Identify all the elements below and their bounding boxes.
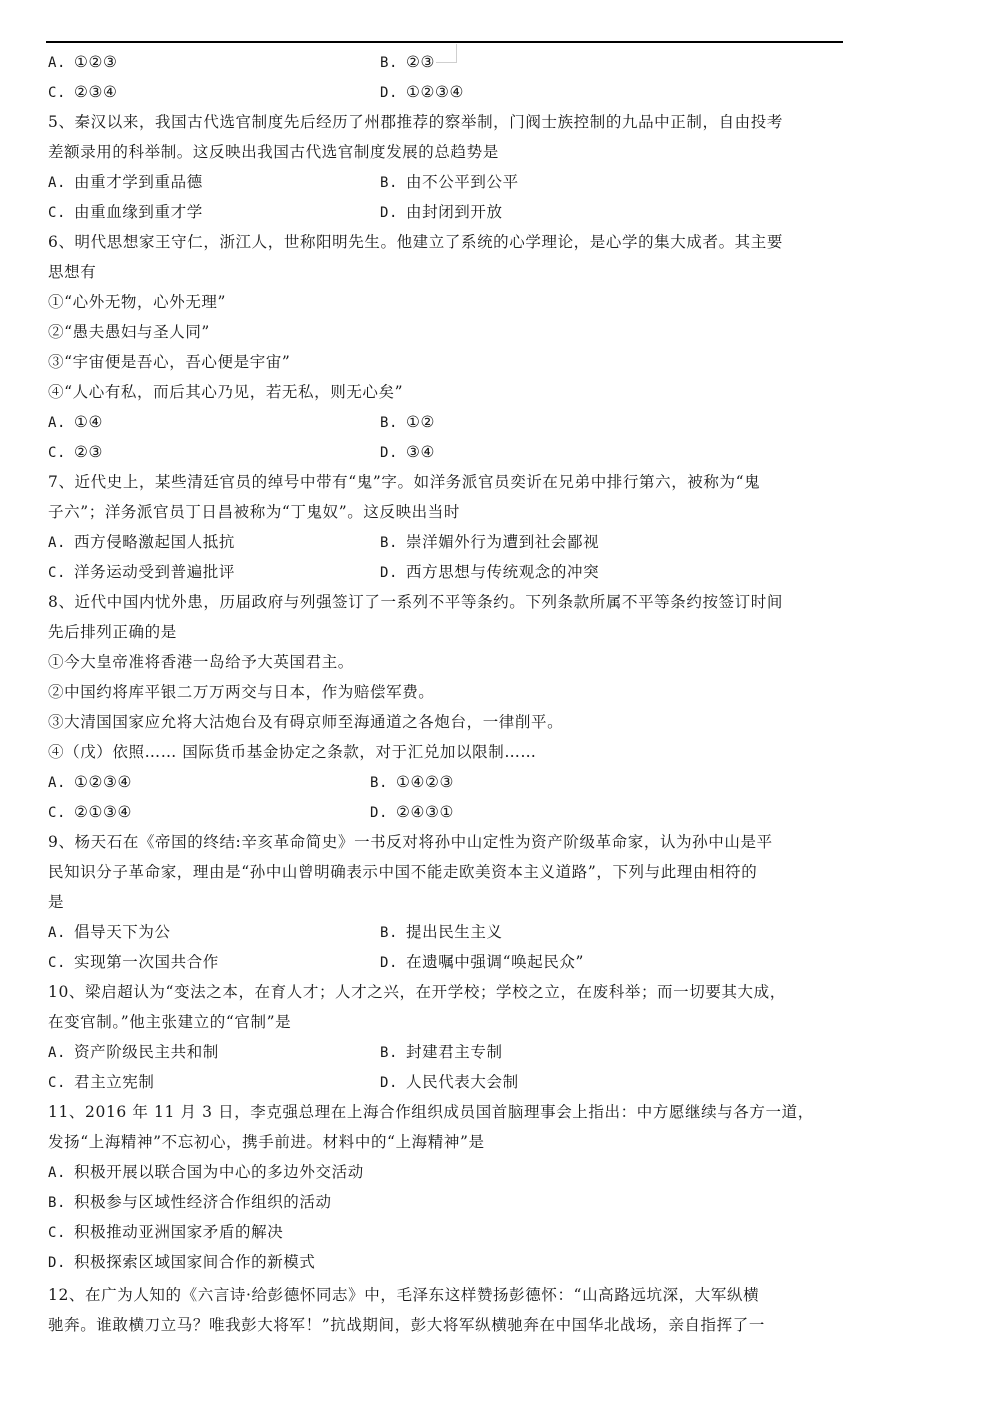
- q5-option-a: A.由重才学到重品德: [48, 172, 203, 193]
- option-text: ①④: [74, 413, 103, 431]
- q11-option-c: C.积极推动亚洲国家矛盾的解决: [48, 1222, 283, 1243]
- option-text: ②①③④: [74, 803, 132, 821]
- option-text: 积极探索区域国家间合作的新模式: [74, 1253, 316, 1271]
- option-label: C.: [48, 83, 74, 103]
- header-rule: [46, 41, 843, 43]
- q6-option-b: B.①②: [380, 412, 435, 433]
- q11-stem-line-2: 发扬“上海精神”不忘初心，携手前进。材料中的“上海精神”是: [48, 1132, 485, 1152]
- option-text: 人民代表大会制: [406, 1073, 519, 1091]
- option-label: C.: [48, 563, 74, 583]
- option-label: D.: [48, 1253, 74, 1273]
- q6-option-a: A.①④: [48, 412, 103, 433]
- option-label: A.: [48, 533, 74, 553]
- q7-option-d: D.西方思想与传统观念的冲突: [380, 562, 599, 583]
- option-label: B.: [380, 53, 406, 73]
- q8-item-1: ①今大皇帝准将香港一岛给予大英国君主。: [48, 652, 354, 672]
- option-label: C.: [48, 443, 74, 463]
- option-label: A.: [48, 53, 74, 73]
- option-label: C.: [48, 1223, 74, 1243]
- option-label: B.: [380, 413, 406, 433]
- q12-stem-line-2: 驰奔。谁敢横刀立马？唯我彭大将军！”抗战期间，彭大将军纵横驰奔在中国华北战场，亲…: [48, 1315, 765, 1335]
- option-text: 封建君主专制: [406, 1043, 503, 1061]
- q4-option-c: C.②③④: [48, 82, 118, 103]
- q8-item-3: ③大清国国家应允将大沽炮台及有碍京师至海通道之各炮台，一律削平。: [48, 712, 563, 732]
- option-text: ①②③④: [406, 83, 464, 101]
- option-text: 西方思想与传统观念的冲突: [406, 563, 599, 581]
- option-text: 资产阶级民主共和制: [74, 1043, 219, 1061]
- q10-option-c: C.君主立宪制: [48, 1072, 155, 1093]
- option-text: 积极开展以联合国为中心的多边外交活动: [74, 1163, 364, 1181]
- option-label: D.: [380, 1073, 406, 1093]
- q5-stem-line-2: 差额录用的科举制。这反映出我国古代选官制度发展的总趋势是: [48, 142, 499, 162]
- q5-option-b: B.由不公平到公平: [380, 172, 519, 193]
- q9-option-b: B.提出民生主义: [380, 922, 503, 943]
- q4-option-a: A.①②③: [48, 52, 118, 73]
- q8-stem-line-1: 8、近代中国内忧外患，历届政府与列强签订了一系列不平等条约。下列条款所属不平等条…: [48, 592, 783, 612]
- q6-stem-line-2: 思想有: [48, 262, 96, 282]
- q9-option-a: A.倡导天下为公: [48, 922, 171, 943]
- option-label: C.: [48, 953, 74, 973]
- option-label: C.: [48, 803, 74, 823]
- q5-option-d: D.由封闭到开放: [380, 202, 503, 223]
- q6-option-c: C.②③: [48, 442, 103, 463]
- option-text: ①②③: [74, 53, 118, 71]
- q4-option-d: D.①②③④: [380, 82, 464, 103]
- page-corner-mark: [436, 44, 457, 63]
- q7-option-a: A.西方侵略激起国人抵抗: [48, 532, 235, 553]
- q7-option-b: B.崇洋媚外行为遭到社会鄙视: [380, 532, 599, 553]
- option-text: 西方侵略激起国人抵抗: [74, 533, 235, 551]
- q8-item-4: ④（戊）依照…… 国际货币基金协定之条款，对于汇兑加以限制……: [48, 742, 537, 762]
- option-text: 由重血缘到重才学: [74, 203, 203, 221]
- option-text: ①②: [406, 413, 435, 431]
- q11-option-d: D.积极探索区域国家间合作的新模式: [48, 1252, 316, 1273]
- option-text: 由封闭到开放: [406, 203, 503, 221]
- option-label: B.: [380, 923, 406, 943]
- option-text: 洋务运动受到普遍批评: [74, 563, 235, 581]
- q10-option-b: B.封建君主专制: [380, 1042, 503, 1063]
- q8-option-a: A.①②③④: [48, 772, 132, 793]
- option-label: D.: [380, 443, 406, 463]
- q7-stem-line-2: 子六”；洋务派官员丁日昌被称为“丁鬼奴”。这反映出当时: [48, 502, 460, 522]
- q6-item-3: ③“宇宙便是吾心，吾心便是宇宙”: [48, 352, 290, 372]
- q9-option-d: D.在遗嘱中强调“唤起民众”: [380, 952, 584, 973]
- q8-stem-line-2: 先后排列正确的是: [48, 622, 177, 642]
- option-label: D.: [380, 83, 406, 103]
- q10-stem-line-1: 10、梁启超认为“变法之本，在育人才；人才之兴，在开学校；学校之立，在废科举；而…: [48, 982, 786, 1002]
- q4-option-b: B.②③: [380, 52, 435, 73]
- q8-item-2: ②中国约将库平银二万万两交与日本，作为赔偿军费。: [48, 682, 434, 702]
- option-label: D.: [380, 563, 406, 583]
- q7-stem-line-1: 7、近代史上，某些清廷官员的绰号中带有“鬼”字。如洋务派官员奕䜣在兄弟中排行第六…: [48, 472, 760, 492]
- option-text: ③④: [406, 443, 435, 461]
- option-text: 实现第一次国共合作: [74, 953, 219, 971]
- option-label: D.: [370, 803, 396, 823]
- q10-stem-line-2: 在变官制。”他主张建立的“官制”是: [48, 1012, 291, 1032]
- q9-stem-line-2: 民知识分子革命家，理由是“孙中山曾明确表示中国不能走欧美资本主义道路”，下列与此…: [48, 862, 757, 882]
- option-text: 崇洋媚外行为遭到社会鄙视: [406, 533, 599, 551]
- q9-stem-line-1: 9、杨天石在《帝国的终结:辛亥革命简史》一书反对将孙中山定性为资产阶级革命家，认…: [48, 832, 773, 852]
- q7-option-c: C.洋务运动受到普遍批评: [48, 562, 235, 583]
- q11-option-a: A.积极开展以联合国为中心的多边外交活动: [48, 1162, 364, 1183]
- option-text: ①④②③: [396, 773, 454, 791]
- q9-stem-line-3: 是: [48, 892, 64, 912]
- option-text: ②④③①: [396, 803, 454, 821]
- option-label: C.: [48, 1073, 74, 1093]
- q12-stem-line-1: 12、在广为人知的《六言诗·给彭德怀同志》中，毛泽东这样赞扬彭德怀：“山高路远坑…: [48, 1285, 759, 1305]
- option-label: A.: [48, 413, 74, 433]
- option-label: A.: [48, 173, 74, 193]
- q5-stem-line-1: 5、秦汉以来，我国古代选官制度先后经历了州郡推荐的察举制，门阀士族控制的九品中正…: [48, 112, 783, 132]
- option-label: A.: [48, 923, 74, 943]
- option-text: 由重才学到重品德: [74, 173, 203, 191]
- q10-option-d: D.人民代表大会制: [380, 1072, 519, 1093]
- q5-option-c: C.由重血缘到重才学: [48, 202, 203, 223]
- option-label: A.: [48, 773, 74, 793]
- q10-option-a: A.资产阶级民主共和制: [48, 1042, 219, 1063]
- option-text: ②③④: [74, 83, 118, 101]
- option-text: ②③: [74, 443, 103, 461]
- option-label: A.: [48, 1043, 74, 1063]
- option-label: A.: [48, 1163, 74, 1183]
- option-label: B.: [48, 1193, 74, 1213]
- option-label: B.: [380, 173, 406, 193]
- q8-option-c: C.②①③④: [48, 802, 132, 823]
- q11-stem-line-1: 11、2016 年 11 月 3 日，李克强总理在上海合作组织成员国首脑理事会上…: [48, 1102, 814, 1122]
- option-text: 由不公平到公平: [406, 173, 519, 191]
- option-label: D.: [380, 953, 406, 973]
- q8-option-b: B.①④②③: [370, 772, 454, 793]
- option-text: 积极推动亚洲国家矛盾的解决: [74, 1223, 283, 1241]
- q6-item-2: ②“愚夫愚妇与圣人同”: [48, 322, 210, 342]
- option-text: 倡导天下为公: [74, 923, 171, 941]
- q9-option-c: C.实现第一次国共合作: [48, 952, 219, 973]
- option-text: 提出民生主义: [406, 923, 503, 941]
- option-text: ②③: [406, 53, 435, 71]
- option-text: 君主立宪制: [74, 1073, 155, 1091]
- option-label: D.: [380, 203, 406, 223]
- q6-item-4: ④“人心有私，而后其心乃见，若无私，则无心矣”: [48, 382, 403, 402]
- option-text: 在遗嘱中强调“唤起民众”: [406, 953, 584, 971]
- option-label: B.: [380, 1043, 406, 1063]
- option-label: B.: [380, 533, 406, 553]
- option-label: C.: [48, 203, 74, 223]
- q6-stem-line-1: 6、明代思想家王守仁，浙江人，世称阳明先生。他建立了系统的心学理论，是心学的集大…: [48, 232, 783, 252]
- option-label: B.: [370, 773, 396, 793]
- option-text: ①②③④: [74, 773, 132, 791]
- q6-item-1: ①“心外无物，心外无理”: [48, 292, 226, 312]
- q11-option-b: B.积极参与区域性经济合作组织的活动: [48, 1192, 332, 1213]
- q8-option-d: D.②④③①: [370, 802, 454, 823]
- q6-option-d: D.③④: [380, 442, 435, 463]
- option-text: 积极参与区域性经济合作组织的活动: [74, 1193, 332, 1211]
